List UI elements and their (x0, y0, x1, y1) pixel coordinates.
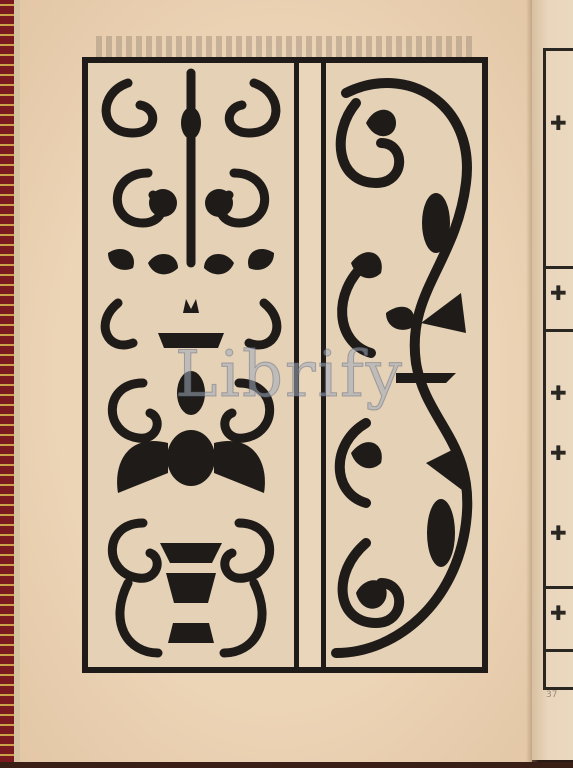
dragon-vine-ornament-icon (326, 63, 482, 667)
woodcut-frame (82, 57, 488, 673)
page-number: 37 (546, 690, 557, 700)
cross-fret-icon: ✚ (550, 521, 567, 545)
offset-print-ghost (96, 36, 472, 58)
cross-fret-icon: ✚ (550, 111, 567, 135)
cross-fret-icon: ✚ (550, 601, 567, 625)
cross-fret-icon: ✚ (550, 441, 567, 465)
book-bottom-edge (0, 762, 573, 768)
cross-fret-icon: ✚ (550, 381, 567, 405)
book-binding (0, 0, 14, 768)
woodcut-left-panel (88, 63, 299, 667)
woodcut-divider (299, 63, 326, 667)
facing-page-border-strip: ✚ ✚ ✚ ✚ ✚ ✚ (543, 48, 573, 690)
cross-fret-icon: ✚ (550, 281, 567, 305)
woodcut-right-panel (326, 63, 482, 667)
grotesque-ornament-icon (88, 63, 294, 667)
